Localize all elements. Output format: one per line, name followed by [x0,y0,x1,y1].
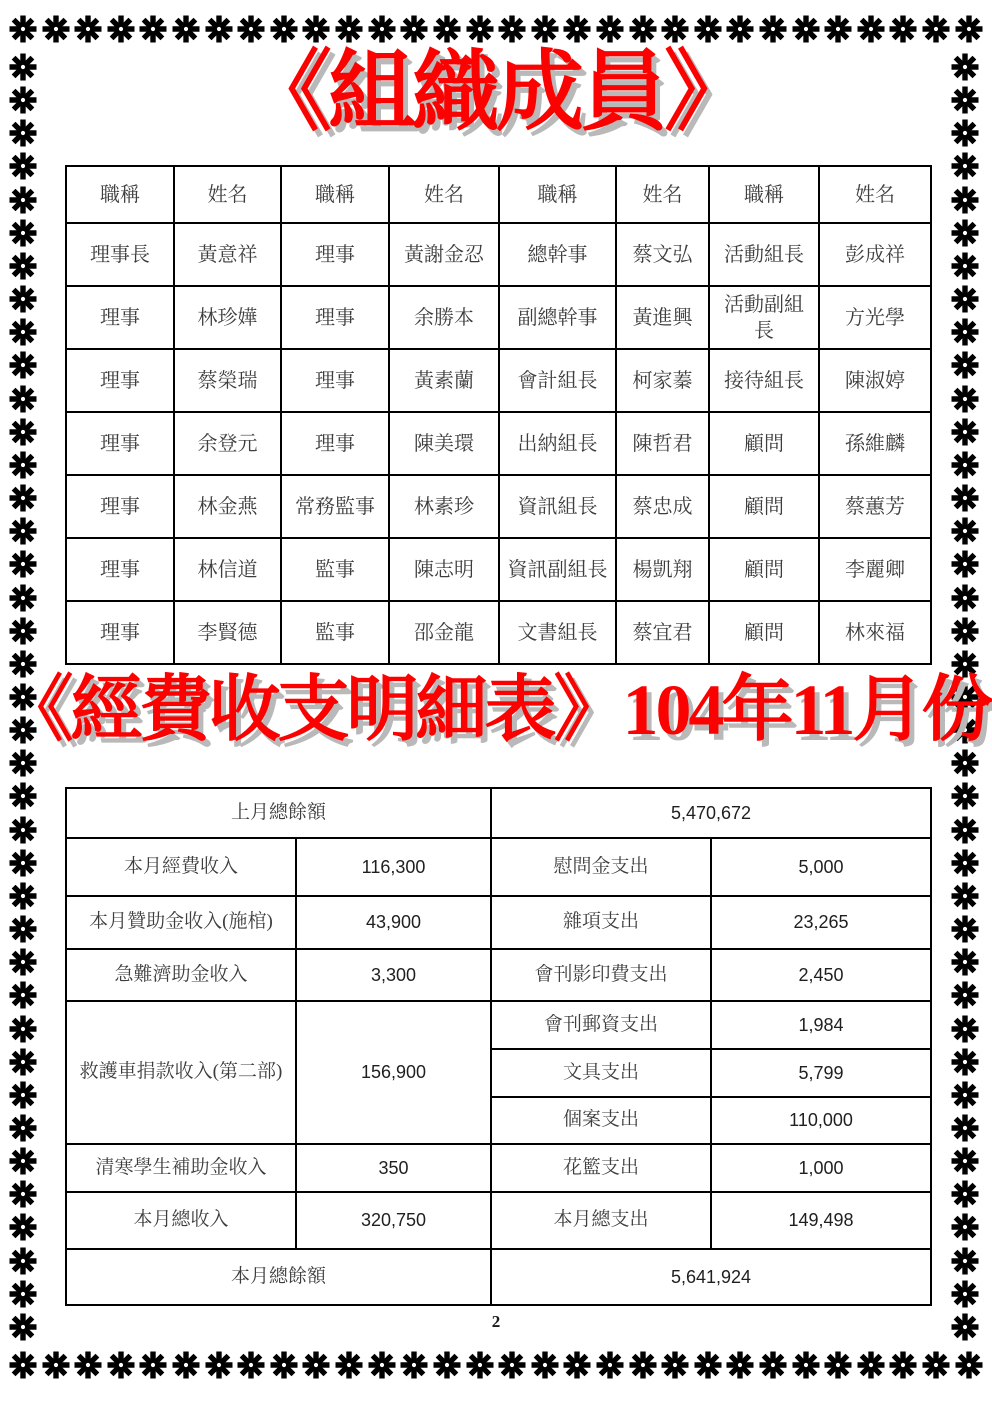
name-cell: 黃謝金忍 [389,223,499,286]
name-cell: 黃進興 [616,286,709,349]
eight-spoked-asterisk-icon [367,1350,397,1380]
eight-spoked-asterisk-icon [823,1350,853,1380]
header-cell: 姓名 [819,166,931,223]
eight-spoked-asterisk-icon [595,1350,625,1380]
eight-spoked-asterisk-icon [465,1350,495,1380]
header-cell: 姓名 [616,166,709,223]
eight-spoked-asterisk-icon [8,1350,38,1380]
position-cell: 理事 [281,349,389,412]
eight-spoked-asterisk-icon [950,947,980,977]
eight-spoked-asterisk-icon [8,1080,38,1110]
income-value: 3,300 [296,949,491,1001]
name-cell: 陳哲君 [616,412,709,475]
position-cell: 顧問 [709,601,819,664]
eight-spoked-asterisk-icon [562,14,592,44]
prev-balance-label: 上月總餘額 [66,788,491,838]
name-cell: 林信道 [174,538,281,601]
finance-title: 《經費收支明細表》104年11月份 [0,672,992,750]
position-cell: 理事長 [66,223,174,286]
eight-spoked-asterisk-icon [73,14,103,44]
eight-spoked-asterisk-icon [204,14,234,44]
position-cell: 理事 [281,286,389,349]
eight-spoked-asterisk-icon [8,1146,38,1176]
table-row: 急難濟助金收入 3,300 會刊影印費支出 2,450 [66,949,931,1001]
eight-spoked-asterisk-icon [8,815,38,845]
name-cell: 林金燕 [174,475,281,538]
eight-spoked-asterisk-icon [595,14,625,44]
border-top [8,14,984,44]
position-cell: 活動組長 [709,223,819,286]
table-row: 理事 林珍嬅 理事 余勝本 副總幹事 黃進興 活動副組長 方光學 [66,286,931,349]
total-expense-value: 149,498 [711,1192,931,1249]
name-cell: 林素珍 [389,475,499,538]
name-cell: 陳淑婷 [819,349,931,412]
eight-spoked-asterisk-icon [432,1350,462,1380]
eight-spoked-asterisk-icon [950,583,980,613]
position-cell: 常務監事 [281,475,389,538]
name-cell: 黃素蘭 [389,349,499,412]
eight-spoked-asterisk-icon [823,14,853,44]
eight-spoked-asterisk-icon [725,1350,755,1380]
name-cell: 蔡文弘 [616,223,709,286]
eight-spoked-asterisk-icon [236,1350,266,1380]
header-cell: 職稱 [66,166,174,223]
name-cell: 陳美環 [389,412,499,475]
position-cell: 顧問 [709,412,819,475]
prev-balance-value: 5,470,672 [491,788,931,838]
eight-spoked-asterisk-icon [8,616,38,646]
position-cell: 監事 [281,538,389,601]
eight-spoked-asterisk-icon [950,251,980,281]
eight-spoked-asterisk-icon [8,1212,38,1242]
eight-spoked-asterisk-icon [236,14,266,44]
eight-spoked-asterisk-icon [8,914,38,944]
income-label: 清寒學生補助金收入 [66,1144,296,1192]
eight-spoked-asterisk-icon [628,1350,658,1380]
table-row: 本月總餘額 5,641,924 [66,1249,931,1305]
eight-spoked-asterisk-icon [950,417,980,447]
eight-spoked-asterisk-icon [8,483,38,513]
position-cell: 會計組長 [499,349,616,412]
eight-spoked-asterisk-icon [950,350,980,380]
position-cell: 副總幹事 [499,286,616,349]
table-row: 理事 林信道 監事 陳志明 資訊副組長 楊凱翔 顧問 李麗卿 [66,538,931,601]
eight-spoked-asterisk-icon [8,384,38,414]
eight-spoked-asterisk-icon [950,1047,980,1077]
name-cell: 蔡忠成 [616,475,709,538]
eight-spoked-asterisk-icon [334,1350,364,1380]
eight-spoked-asterisk-icon [301,1350,331,1380]
eight-spoked-asterisk-icon [693,1350,723,1380]
finance-table: 上月總餘額 5,470,672 本月經費收入 116,300 慰問金支出 5,0… [65,787,932,1306]
table-row: 理事長 黃意祥 理事 黃謝金忍 總幹事 蔡文弘 活動組長 彭成祥 [66,223,931,286]
eight-spoked-asterisk-icon [8,350,38,380]
members-table: 職稱 姓名 職稱 姓名 職稱 姓名 職稱 姓名 理事長 黃意祥 理事 黃謝金忍 … [65,165,932,665]
eight-spoked-asterisk-icon [8,1047,38,1077]
position-cell: 理事 [66,538,174,601]
eight-spoked-asterisk-icon [8,516,38,546]
name-cell: 蔡宜君 [616,601,709,664]
table-row: 理事 李賢德 監事 邵金龍 文書組長 蔡宜君 顧問 林來福 [66,601,931,664]
eight-spoked-asterisk-icon [950,284,980,314]
table-row: 理事 蔡榮瑞 理事 黃素蘭 會計組長 柯家蓁 接待組長 陳淑婷 [66,349,931,412]
expense-value: 1,000 [711,1144,931,1192]
eight-spoked-asterisk-icon [950,1014,980,1044]
eight-spoked-asterisk-icon [628,14,658,44]
eight-spoked-asterisk-icon [950,516,980,546]
eight-spoked-asterisk-icon [950,980,980,1010]
month-balance-label: 本月總餘額 [66,1249,491,1305]
eight-spoked-asterisk-icon [950,450,980,480]
eight-spoked-asterisk-icon [269,14,299,44]
position-cell: 監事 [281,601,389,664]
month-balance-value: 5,641,924 [491,1249,931,1305]
income-label: 急難濟助金收入 [66,949,296,1001]
position-cell: 接待組長 [709,349,819,412]
eight-spoked-asterisk-icon [8,980,38,1010]
eight-spoked-asterisk-icon [950,317,980,347]
income-label: 本月贊助金收入(施棺) [66,896,296,949]
position-cell: 理事 [66,286,174,349]
name-cell: 林來福 [819,601,931,664]
header-cell: 職稱 [499,166,616,223]
eight-spoked-asterisk-icon [950,748,980,778]
table-row: 理事 余登元 理事 陳美環 出納組長 陳哲君 顧問 孫維麟 [66,412,931,475]
expense-value: 1,984 [711,1001,931,1049]
border-bottom [8,1350,984,1380]
expense-label: 慰問金支出 [491,838,711,896]
income-value: 43,900 [296,896,491,949]
eight-spoked-asterisk-icon [497,1350,527,1380]
table-row: 清寒學生補助金收入 350 花籃支出 1,000 [66,1144,931,1192]
eight-spoked-asterisk-icon [693,14,723,44]
eight-spoked-asterisk-icon [791,14,821,44]
eight-spoked-asterisk-icon [8,583,38,613]
name-cell: 陳志明 [389,538,499,601]
eight-spoked-asterisk-icon [269,1350,299,1380]
eight-spoked-asterisk-icon [791,1350,821,1380]
total-income-label: 本月總收入 [66,1192,296,1249]
eight-spoked-asterisk-icon [432,14,462,44]
eight-spoked-asterisk-icon [8,1179,38,1209]
eight-spoked-asterisk-icon [921,1350,951,1380]
expense-label: 會刊郵資支出 [491,1001,711,1049]
eight-spoked-asterisk-icon [8,317,38,347]
eight-spoked-asterisk-icon [660,14,690,44]
eight-spoked-asterisk-icon [950,848,980,878]
eight-spoked-asterisk-icon [171,1350,201,1380]
position-cell: 文書組長 [499,601,616,664]
eight-spoked-asterisk-icon [8,947,38,977]
eight-spoked-asterisk-icon [758,14,788,44]
eight-spoked-asterisk-icon [950,151,980,181]
eight-spoked-asterisk-icon [8,218,38,248]
table-row: 本月總收入 320,750 本月總支出 149,498 [66,1192,931,1249]
header-cell: 職稱 [709,166,819,223]
eight-spoked-asterisk-icon [660,1350,690,1380]
eight-spoked-asterisk-icon [950,185,980,215]
eight-spoked-asterisk-icon [921,14,951,44]
eight-spoked-asterisk-icon [950,218,980,248]
eight-spoked-asterisk-icon [8,881,38,911]
eight-spoked-asterisk-icon [8,549,38,579]
name-cell: 林珍嬅 [174,286,281,349]
eight-spoked-asterisk-icon [399,14,429,44]
eight-spoked-asterisk-icon [465,14,495,44]
total-income-value: 320,750 [296,1192,491,1249]
eight-spoked-asterisk-icon [41,14,71,44]
eight-spoked-asterisk-icon [954,14,984,44]
position-cell: 理事 [281,223,389,286]
eight-spoked-asterisk-icon [950,1113,980,1143]
expense-label: 花籃支出 [491,1144,711,1192]
eight-spoked-asterisk-icon [950,1146,980,1176]
expense-value: 110,000 [711,1097,931,1144]
eight-spoked-asterisk-icon [334,14,364,44]
name-cell: 彭成祥 [819,223,931,286]
name-cell: 蔡榮瑞 [174,349,281,412]
eight-spoked-asterisk-icon [758,1350,788,1380]
eight-spoked-asterisk-icon [8,14,38,44]
eight-spoked-asterisk-icon [8,450,38,480]
expense-label: 雜項支出 [491,896,711,949]
expense-value: 2,450 [711,949,931,1001]
table-row: 救護車捐款收入(第二部) 156,900 會刊郵資支出 1,984 [66,1001,931,1049]
position-cell: 理事 [281,412,389,475]
eight-spoked-asterisk-icon [8,1014,38,1044]
position-cell: 顧問 [709,538,819,601]
eight-spoked-asterisk-icon [399,1350,429,1380]
eight-spoked-asterisk-icon [8,284,38,314]
table-row: 理事 林金燕 常務監事 林素珍 資訊組長 蔡忠成 顧問 蔡蕙芳 [66,475,931,538]
eight-spoked-asterisk-icon [530,1350,560,1380]
name-cell: 黃意祥 [174,223,281,286]
eight-spoked-asterisk-icon [950,549,980,579]
eight-spoked-asterisk-icon [301,14,331,44]
eight-spoked-asterisk-icon [725,14,755,44]
position-cell: 顧問 [709,475,819,538]
eight-spoked-asterisk-icon [204,1350,234,1380]
position-cell: 資訊組長 [499,475,616,538]
eight-spoked-asterisk-icon [367,14,397,44]
expense-label: 個案支出 [491,1097,711,1144]
position-cell: 總幹事 [499,223,616,286]
eight-spoked-asterisk-icon [950,1246,980,1276]
eight-spoked-asterisk-icon [950,483,980,513]
income-label: 本月經費收入 [66,838,296,896]
position-cell: 資訊副組長 [499,538,616,601]
eight-spoked-asterisk-icon [73,1350,103,1380]
eight-spoked-asterisk-icon [8,151,38,181]
name-cell: 李麗卿 [819,538,931,601]
eight-spoked-asterisk-icon [950,881,980,911]
eight-spoked-asterisk-icon [954,1350,984,1380]
eight-spoked-asterisk-icon [8,251,38,281]
eight-spoked-asterisk-icon [106,1350,136,1380]
table-row: 上月總餘額 5,470,672 [66,788,931,838]
eight-spoked-asterisk-icon [530,14,560,44]
name-cell: 余勝本 [389,286,499,349]
position-cell: 活動副組長 [709,286,819,349]
income-value: 156,900 [296,1001,491,1144]
name-cell: 楊凱翔 [616,538,709,601]
position-cell: 理事 [66,601,174,664]
name-cell: 方光學 [819,286,931,349]
members-title: 《組織成員》 [0,46,992,141]
header-cell: 姓名 [389,166,499,223]
eight-spoked-asterisk-icon [171,14,201,44]
eight-spoked-asterisk-icon [950,781,980,811]
eight-spoked-asterisk-icon [8,781,38,811]
eight-spoked-asterisk-icon [106,14,136,44]
header-cell: 姓名 [174,166,281,223]
position-cell: 理事 [66,349,174,412]
eight-spoked-asterisk-icon [8,1246,38,1276]
expense-label: 文具支出 [491,1049,711,1097]
position-cell: 理事 [66,412,174,475]
eight-spoked-asterisk-icon [950,914,980,944]
table-header-row: 職稱 姓名 職稱 姓名 職稱 姓名 職稱 姓名 [66,166,931,223]
name-cell: 邵金龍 [389,601,499,664]
eight-spoked-asterisk-icon [497,14,527,44]
eight-spoked-asterisk-icon [562,1350,592,1380]
expense-value: 23,265 [711,896,931,949]
position-cell: 出納組長 [499,412,616,475]
eight-spoked-asterisk-icon [950,815,980,845]
eight-spoked-asterisk-icon [138,1350,168,1380]
eight-spoked-asterisk-icon [41,1350,71,1380]
eight-spoked-asterisk-icon [8,1279,38,1309]
eight-spoked-asterisk-icon [950,384,980,414]
total-expense-label: 本月總支出 [491,1192,711,1249]
page-number: 2 [0,1312,992,1332]
eight-spoked-asterisk-icon [950,616,980,646]
eight-spoked-asterisk-icon [950,1080,980,1110]
eight-spoked-asterisk-icon [888,14,918,44]
eight-spoked-asterisk-icon [950,1279,980,1309]
position-cell: 理事 [66,475,174,538]
name-cell: 余登元 [174,412,281,475]
eight-spoked-asterisk-icon [888,1350,918,1380]
eight-spoked-asterisk-icon [856,14,886,44]
eight-spoked-asterisk-icon [950,1212,980,1242]
eight-spoked-asterisk-icon [950,1179,980,1209]
income-label: 救護車捐款收入(第二部) [66,1001,296,1144]
name-cell: 蔡蕙芳 [819,475,931,538]
table-row: 本月贊助金收入(施棺) 43,900 雜項支出 23,265 [66,896,931,949]
eight-spoked-asterisk-icon [8,1113,38,1143]
eight-spoked-asterisk-icon [8,848,38,878]
header-cell: 職稱 [281,166,389,223]
eight-spoked-asterisk-icon [856,1350,886,1380]
expense-value: 5,799 [711,1049,931,1097]
expense-label: 會刊影印費支出 [491,949,711,1001]
name-cell: 柯家蓁 [616,349,709,412]
eight-spoked-asterisk-icon [8,185,38,215]
name-cell: 李賢德 [174,601,281,664]
income-value: 116,300 [296,838,491,896]
table-row: 本月經費收入 116,300 慰問金支出 5,000 [66,838,931,896]
eight-spoked-asterisk-icon [8,748,38,778]
expense-value: 5,000 [711,838,931,896]
income-value: 350 [296,1144,491,1192]
eight-spoked-asterisk-icon [8,417,38,447]
eight-spoked-asterisk-icon [138,14,168,44]
name-cell: 孫維麟 [819,412,931,475]
